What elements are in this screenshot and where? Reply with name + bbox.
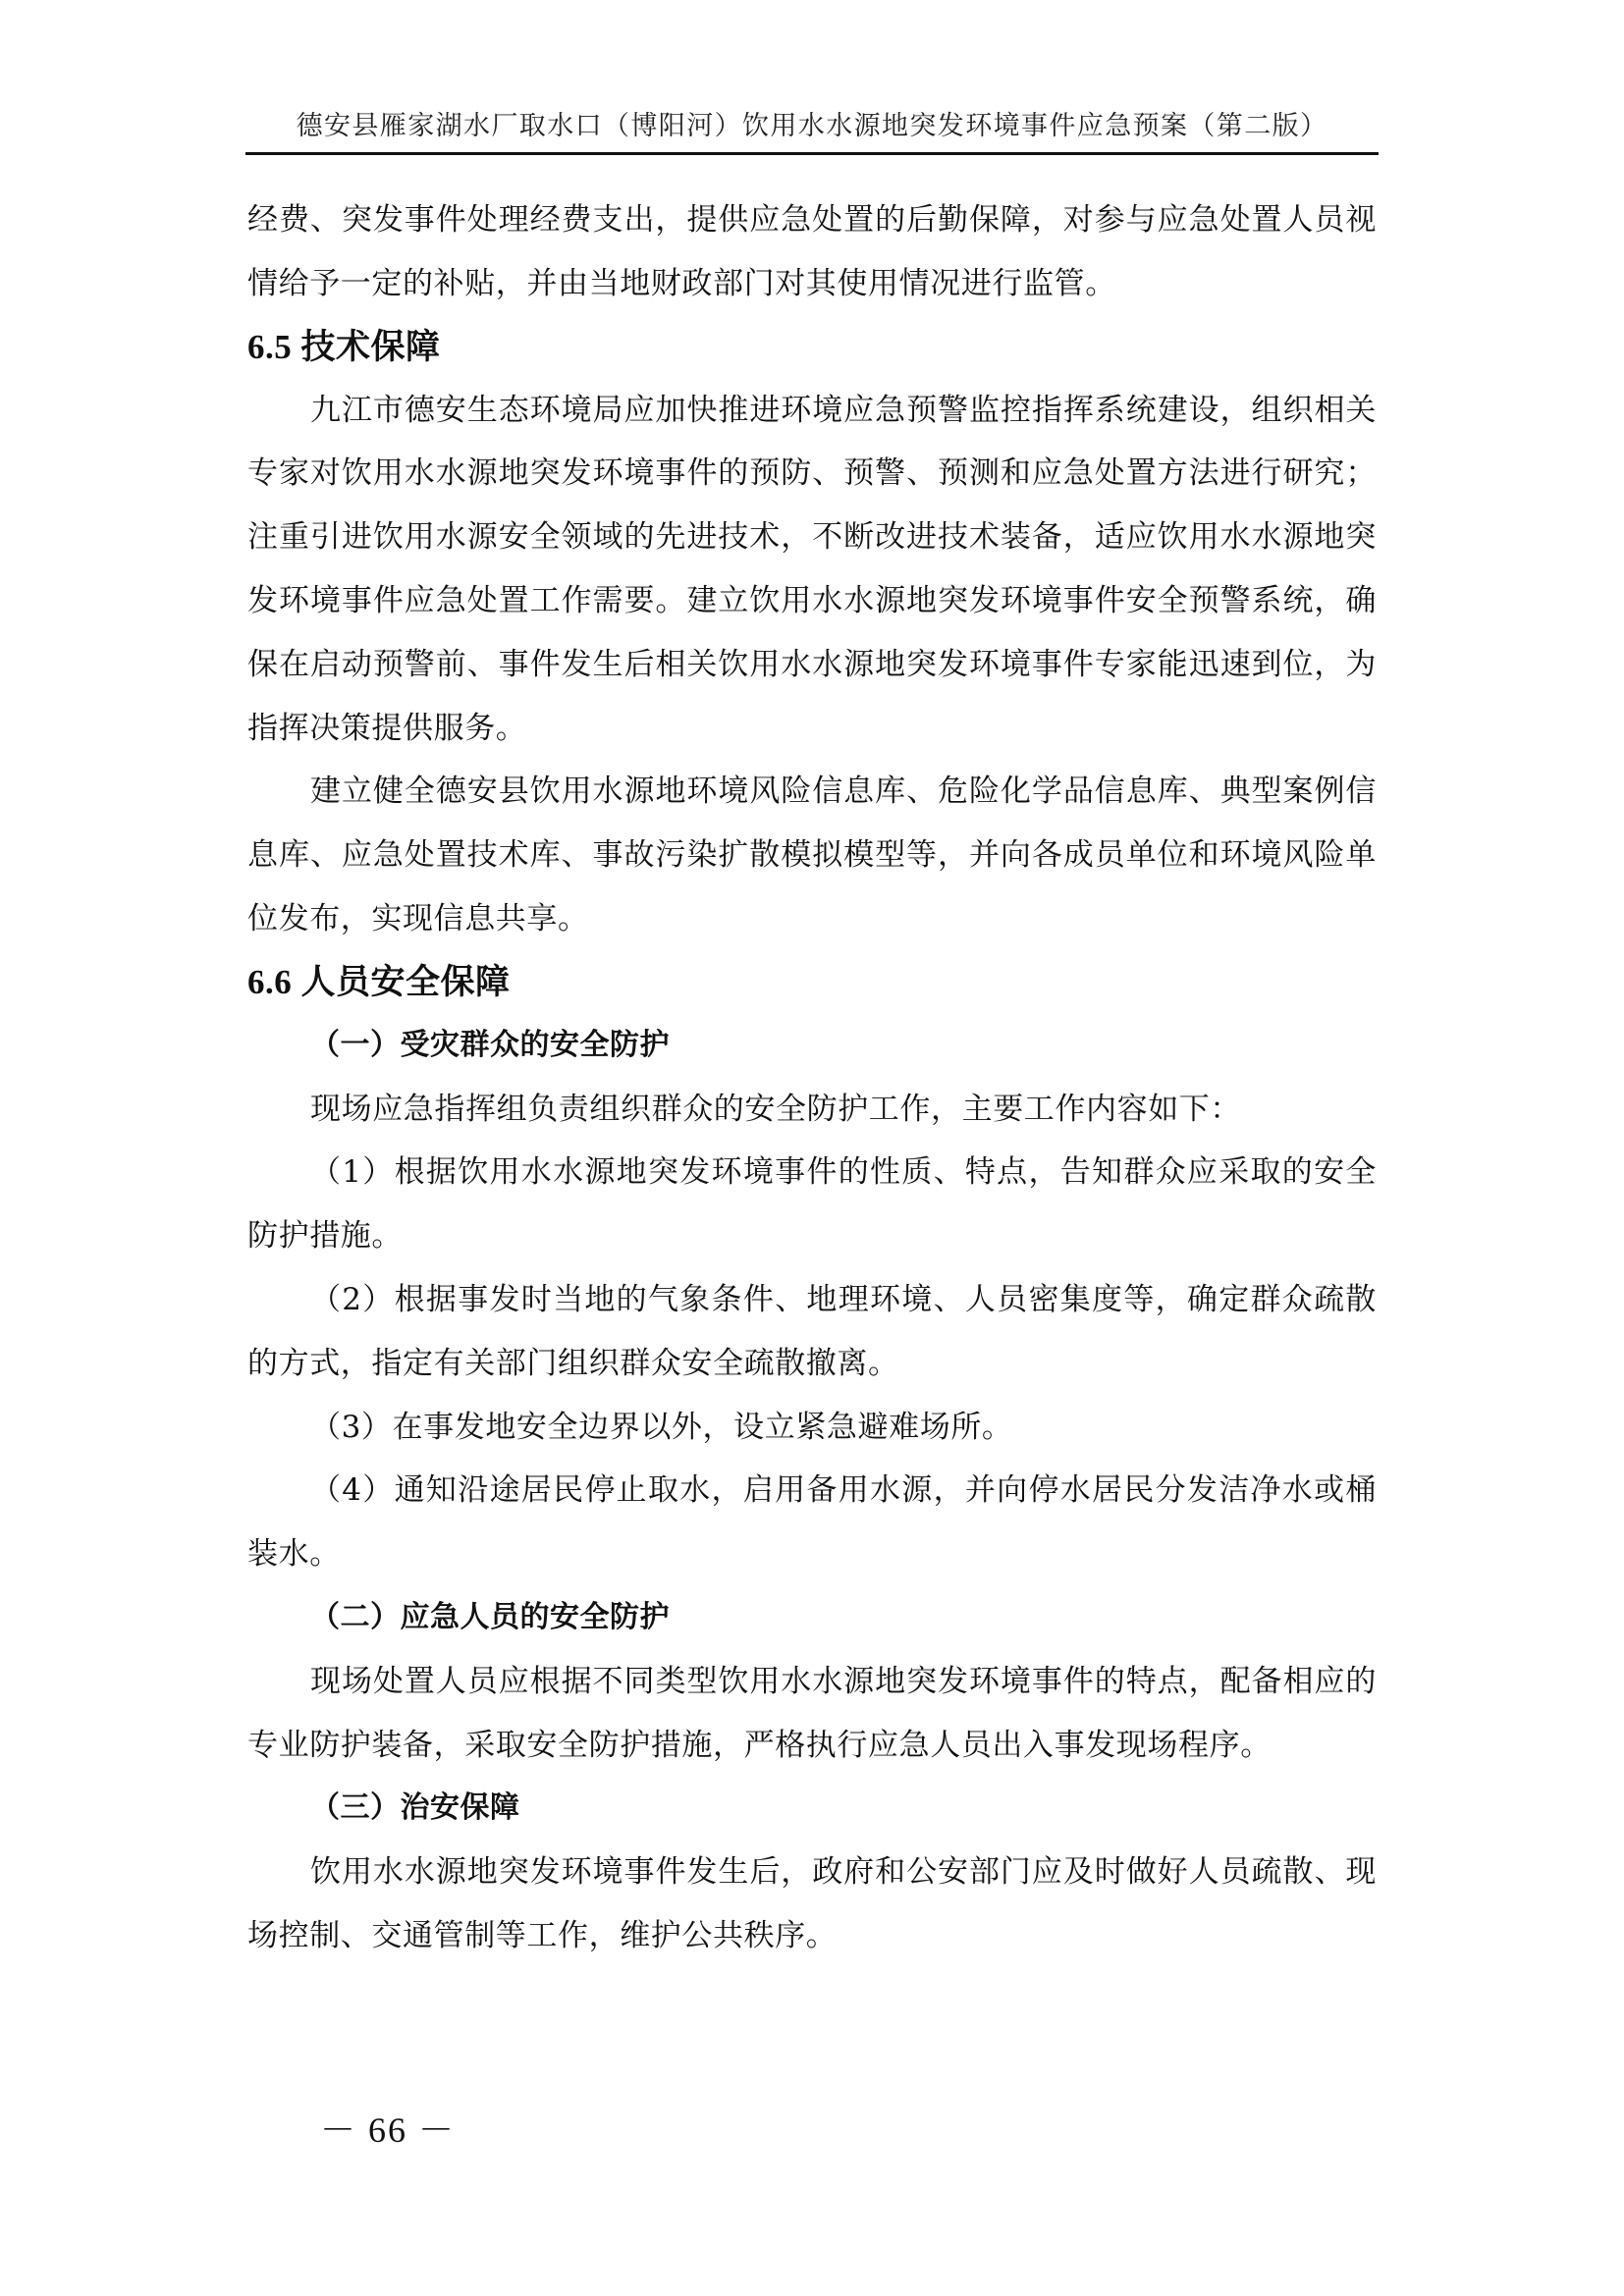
subheading-public-protection: （一）受灾群众的安全防护 <box>247 1014 1377 1078</box>
paragraph-responder-protection: 现场处置人员应根据不同类型饮用水水源地突发环境事件的特点，配备相应的专业防护装备… <box>247 1650 1377 1778</box>
page-number: － 66 － <box>320 2110 456 2150</box>
running-header: 德安县雁家湖水厂取水口（博阳河）饮用水水源地突发环境事件应急预案（第二版） <box>245 110 1379 143</box>
header-rule <box>245 152 1379 155</box>
paragraph-public-security: 饮用水水源地突发环境事件发生后，政府和公安部门应及时做好人员疏散、现场控制、交通… <box>247 1841 1377 1968</box>
list-item-2: （2）根据事发时当地的气象条件、地理环境、人员密集度等，确定群众疏散的方式，指定… <box>247 1268 1377 1396</box>
document-page: 德安县雁家湖水厂取水口（博阳河）饮用水水源地突发环境事件应急预案（第二版） 经费… <box>0 0 1624 2296</box>
subheading-public-security: （三）治安保障 <box>247 1777 1377 1841</box>
paragraph-info-database: 建立健全德安县饮用水源地环境风险信息库、危险化学品信息库、典型案例信息库、应急处… <box>247 760 1377 950</box>
list-item-1: （1）根据饮用水水源地突发环境事件的性质、特点，告知群众应采取的安全防护措施。 <box>247 1141 1377 1268</box>
paragraph-tech-support: 九江市德安生态环境局应加快推进环境应急预警监控指挥系统建设，组织相关专家对饮用水… <box>247 379 1377 761</box>
section-heading-6-5: 6.5 技术保障 <box>247 316 1377 379</box>
subheading-responder-protection: （二）应急人员的安全防护 <box>247 1586 1377 1650</box>
section-heading-6-6: 6.6 人员安全保障 <box>247 951 1377 1014</box>
paragraph-funding-continued: 经费、突发事件处理经费支出，提供应急处置的后勤保障，对参与应急处置人员视情给予一… <box>247 188 1377 316</box>
list-item-3: （3）在事发地安全边界以外，设立紧急避难场所。 <box>247 1396 1377 1460</box>
list-item-4: （4）通知沿途居民停止取水，启用备用水源，并向停水居民分发洁净水或桶装水。 <box>247 1459 1377 1586</box>
page-body: 经费、突发事件处理经费支出，提供应急处置的后勤保障，对参与应急处置人员视情给予一… <box>247 188 1377 1968</box>
paragraph-public-protection-intro: 现场应急指挥组负责组织群众的安全防护工作，主要工作内容如下： <box>247 1078 1377 1142</box>
